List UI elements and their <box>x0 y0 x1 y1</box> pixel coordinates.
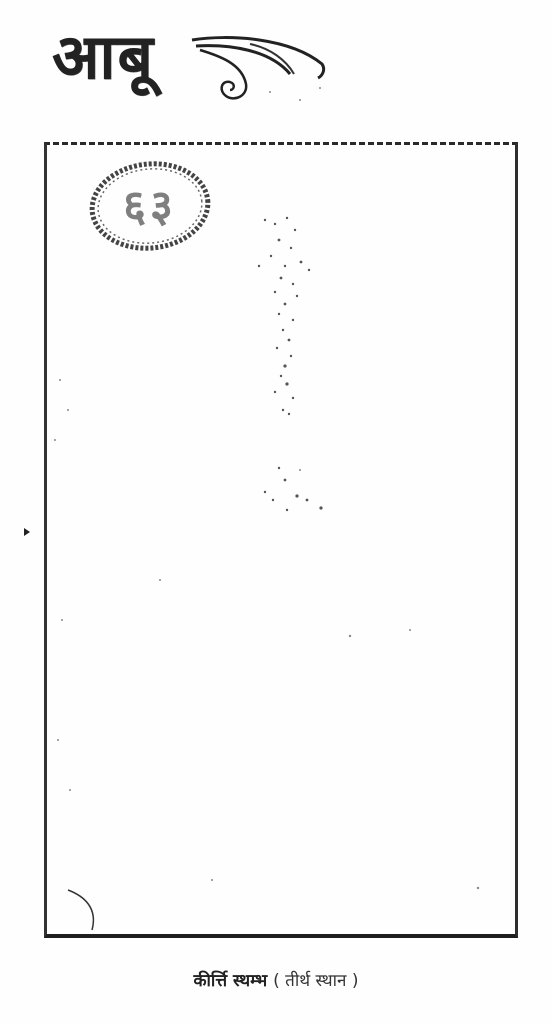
illustration-caption: कीर्त्ति स्थम्भ ( तीर्थ स्थान ) <box>0 968 552 991</box>
margin-marker <box>24 528 30 536</box>
faded-monument-figure <box>235 200 345 530</box>
title-flourish-ornament <box>190 34 330 114</box>
caption-sub: ( तीर्थ स्थान ) <box>273 971 358 991</box>
book-title: आबू <box>52 26 155 88</box>
stamp-number: ६३ <box>104 174 196 234</box>
scanned-book-page: आबू ६३ <box>0 0 552 1024</box>
caption-main: कीर्त्ति स्थम्भ <box>193 971 267 991</box>
